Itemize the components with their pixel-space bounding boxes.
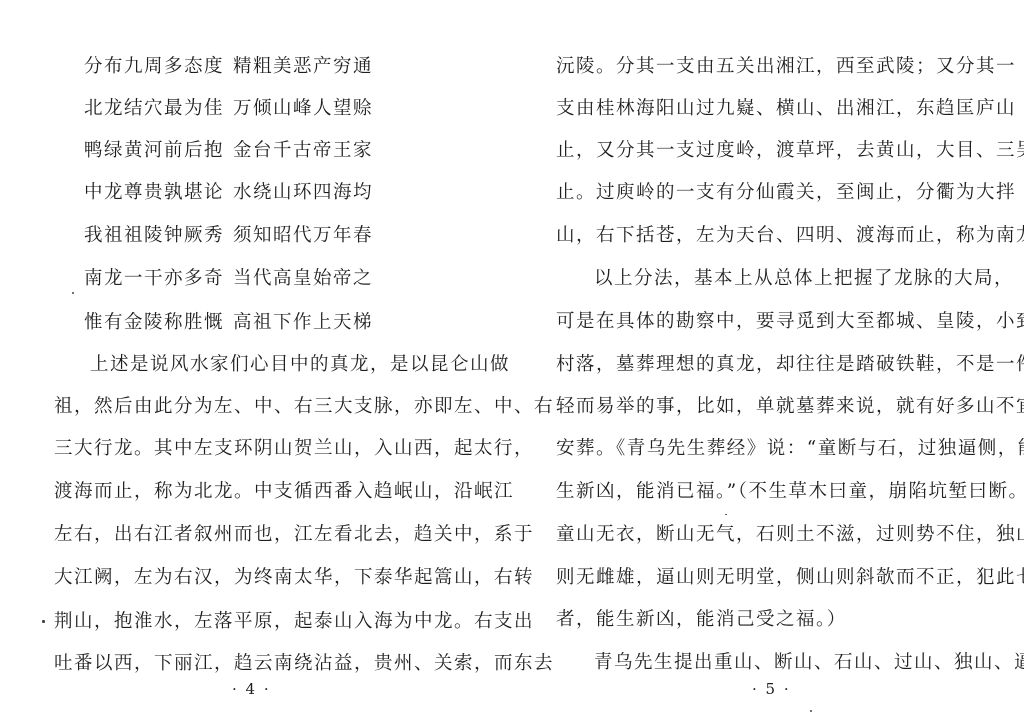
page-number: · 5 · (752, 680, 791, 698)
paragraph-line: 大江阙，左为右汉，为终南太华，下泰华起篙山，右转 (54, 567, 467, 589)
poem-line-4a: 中龙尊贵孰堪论 (84, 182, 224, 204)
poem-line-2b: 万倾山峰人望赊 (233, 98, 373, 120)
paragraph-line: 以上分法，基本上从总体上把握了龙脉的大局， (594, 268, 974, 290)
poem-line-1a: 分布九周多态度 (84, 56, 224, 78)
paragraph-line: 者，能生新凶，能消己受之福。） (556, 609, 974, 631)
paragraph-line: 上述是说风水家们心目中的真龙，是以昆仑山做 (90, 354, 467, 376)
paragraph-line: 止，又分其一支过度岭，渡草坪，去黄山，大目、三吴 (556, 140, 974, 162)
scan-speck (810, 710, 812, 712)
paragraph-line: 青乌先生提出重山、断山、石山、过山、独山、逼 (594, 652, 974, 674)
paragraph-line: 则无雌雄，逼山则无明堂，侧山则斜欹而不正，犯此七 (556, 567, 974, 589)
poem-line-6b: 当代高皇始帝之 (233, 268, 373, 290)
paragraph-line: 荆山，抱淮水，左落平原，起泰山入海为中龙。右支出 (54, 611, 467, 633)
paragraph-line: 渡海而止，称为北龙。中支循西番入趋岷山，沿岷江 (54, 481, 467, 503)
left-page: 分布九周多态度 精粗美恶产穷通 北龙结穴最为佳 万倾山峰人望赊 鸭绿黄河前后抱 … (0, 0, 512, 724)
right-page: 沅陵。分其一支由五关出湘江，西至武陵；又分其一 支由桂林海阳山过九嶷、横山、出湘… (512, 0, 1024, 724)
poem-line-5a: 我祖祖陵钟厥秀 (84, 225, 224, 247)
paragraph-line: 安葬。《青乌先生葬经》说：“童断与石，过独逼侧，能 (556, 438, 974, 460)
poem-line-4b: 水绕山环四海均 (233, 182, 373, 204)
paragraph-line: 祖，然后由此分为左、中、右三大支脉，亦即左、中、右 (54, 396, 467, 418)
paragraph-line: 左右，出右江者叙州而也，江左看北去，趋关中，系于 (54, 524, 467, 546)
poem-line-2a: 北龙结穴最为佳 (84, 98, 224, 120)
paragraph-line: 村落，墓葬理想的真龙，却往往是踏破铁鞋，不是一件 (556, 354, 974, 376)
paragraph-line: 童山无衣，断山无气，石则土不滋，过则势不住，独山 (556, 524, 974, 546)
paragraph-line: 支由桂林海阳山过九嶷、横山、出湘江，东趋匡庐山 (556, 98, 974, 120)
poem-line-1b: 精粗美恶产穷通 (233, 56, 373, 78)
scan-speck (72, 292, 74, 294)
paragraph-line: 可是在具体的勘察中，要寻觅到大至都城、皇陵，小到 (556, 311, 974, 333)
poem-line-7b: 高祖下作上天梯 (233, 312, 373, 334)
paragraph-line: 生新凶，能消已福。”（不生草木曰童，崩陷坑堑曰断。 (556, 481, 974, 503)
paragraph-line: 轻而易举的事，比如，单就墓葬来说，就有好多山不宜 (556, 396, 974, 418)
scan-speck (42, 620, 45, 623)
poem-line-7a: 惟有金陵称胜慨 (84, 312, 224, 334)
poem-line-6a: 南龙一干亦多奇 (84, 268, 224, 290)
paragraph-line: 吐番以西，下丽江，趋云南绕沾益，贵州、关索，而东去 (54, 653, 467, 675)
paragraph-line: 三大行龙。其中左支环阴山贺兰山，入山西，起太行， (54, 438, 467, 460)
poem-line-3b: 金台千古帝王家 (233, 140, 373, 162)
paragraph-line: 止。过庾岭的一支有分仙霞关，至闽止，分衢为大拌 (556, 182, 974, 204)
page-number: · 4 · (232, 680, 271, 698)
paragraph-line: 山，右下括苍，左为天台、四明、渡海而止，称为南龙。 (556, 225, 974, 247)
scan-speck (725, 514, 727, 515)
paragraph-line: 沅陵。分其一支由五关出湘江，西至武陵；又分其一 (556, 56, 974, 78)
poem-line-3a: 鸭绿黄河前后抱 (84, 140, 224, 162)
poem-line-5b: 须知昭代万年春 (233, 225, 373, 247)
